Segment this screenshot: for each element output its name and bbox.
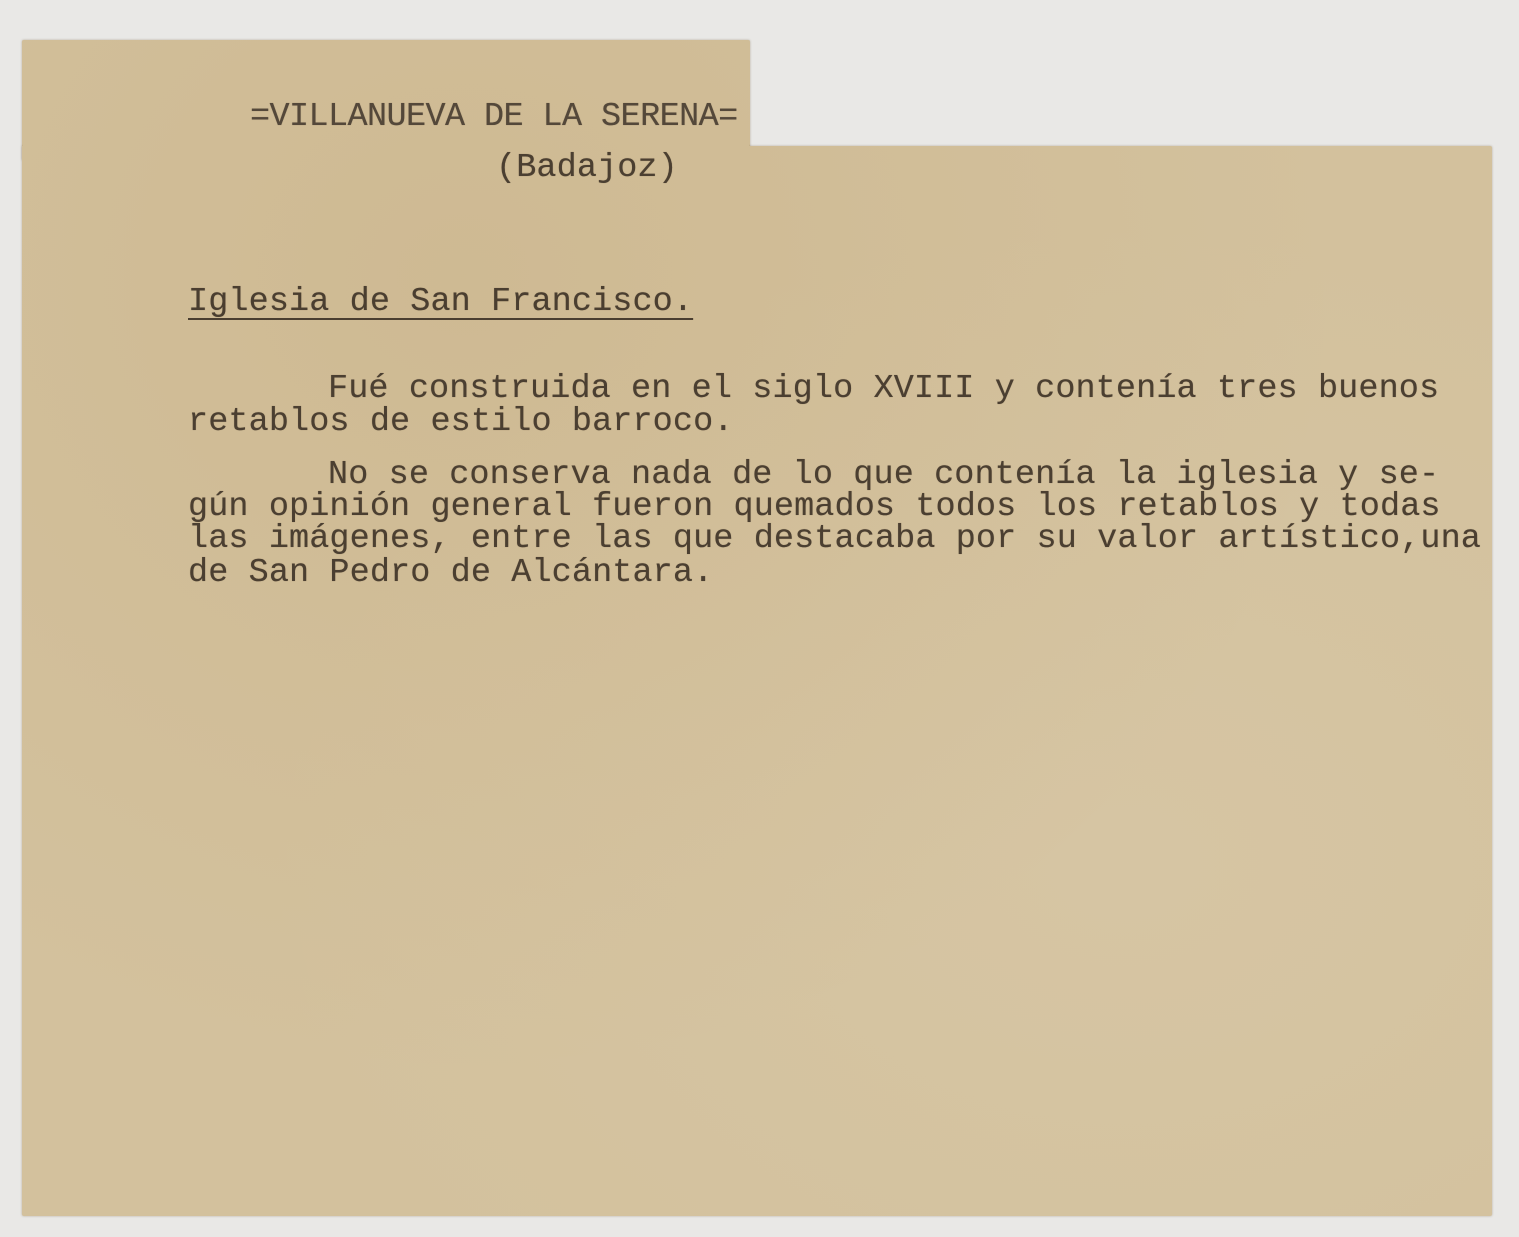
paragraph-2-line-4: de San Pedro de Alcántara. (188, 556, 713, 590)
paragraph-2-line-2: gún opinión general fueron quemados todo… (188, 490, 1441, 524)
place-heading: =VILLANUEVA DE LA SERENA= (250, 100, 738, 134)
paragraph-2-line-3: las imágenes, entre las que destacaba po… (188, 522, 1481, 556)
paragraph-1-line-1: Fué construida en el siglo XVIII y conte… (328, 372, 1439, 406)
section-title: Iglesia de San Francisco. (188, 285, 693, 319)
province-heading: (Badajoz) (496, 151, 678, 185)
paragraph-1-line-2: retablos de estilo barroco. (188, 405, 734, 439)
paragraph-2-line-1: No se conserva nada de lo que contenía l… (328, 458, 1439, 492)
